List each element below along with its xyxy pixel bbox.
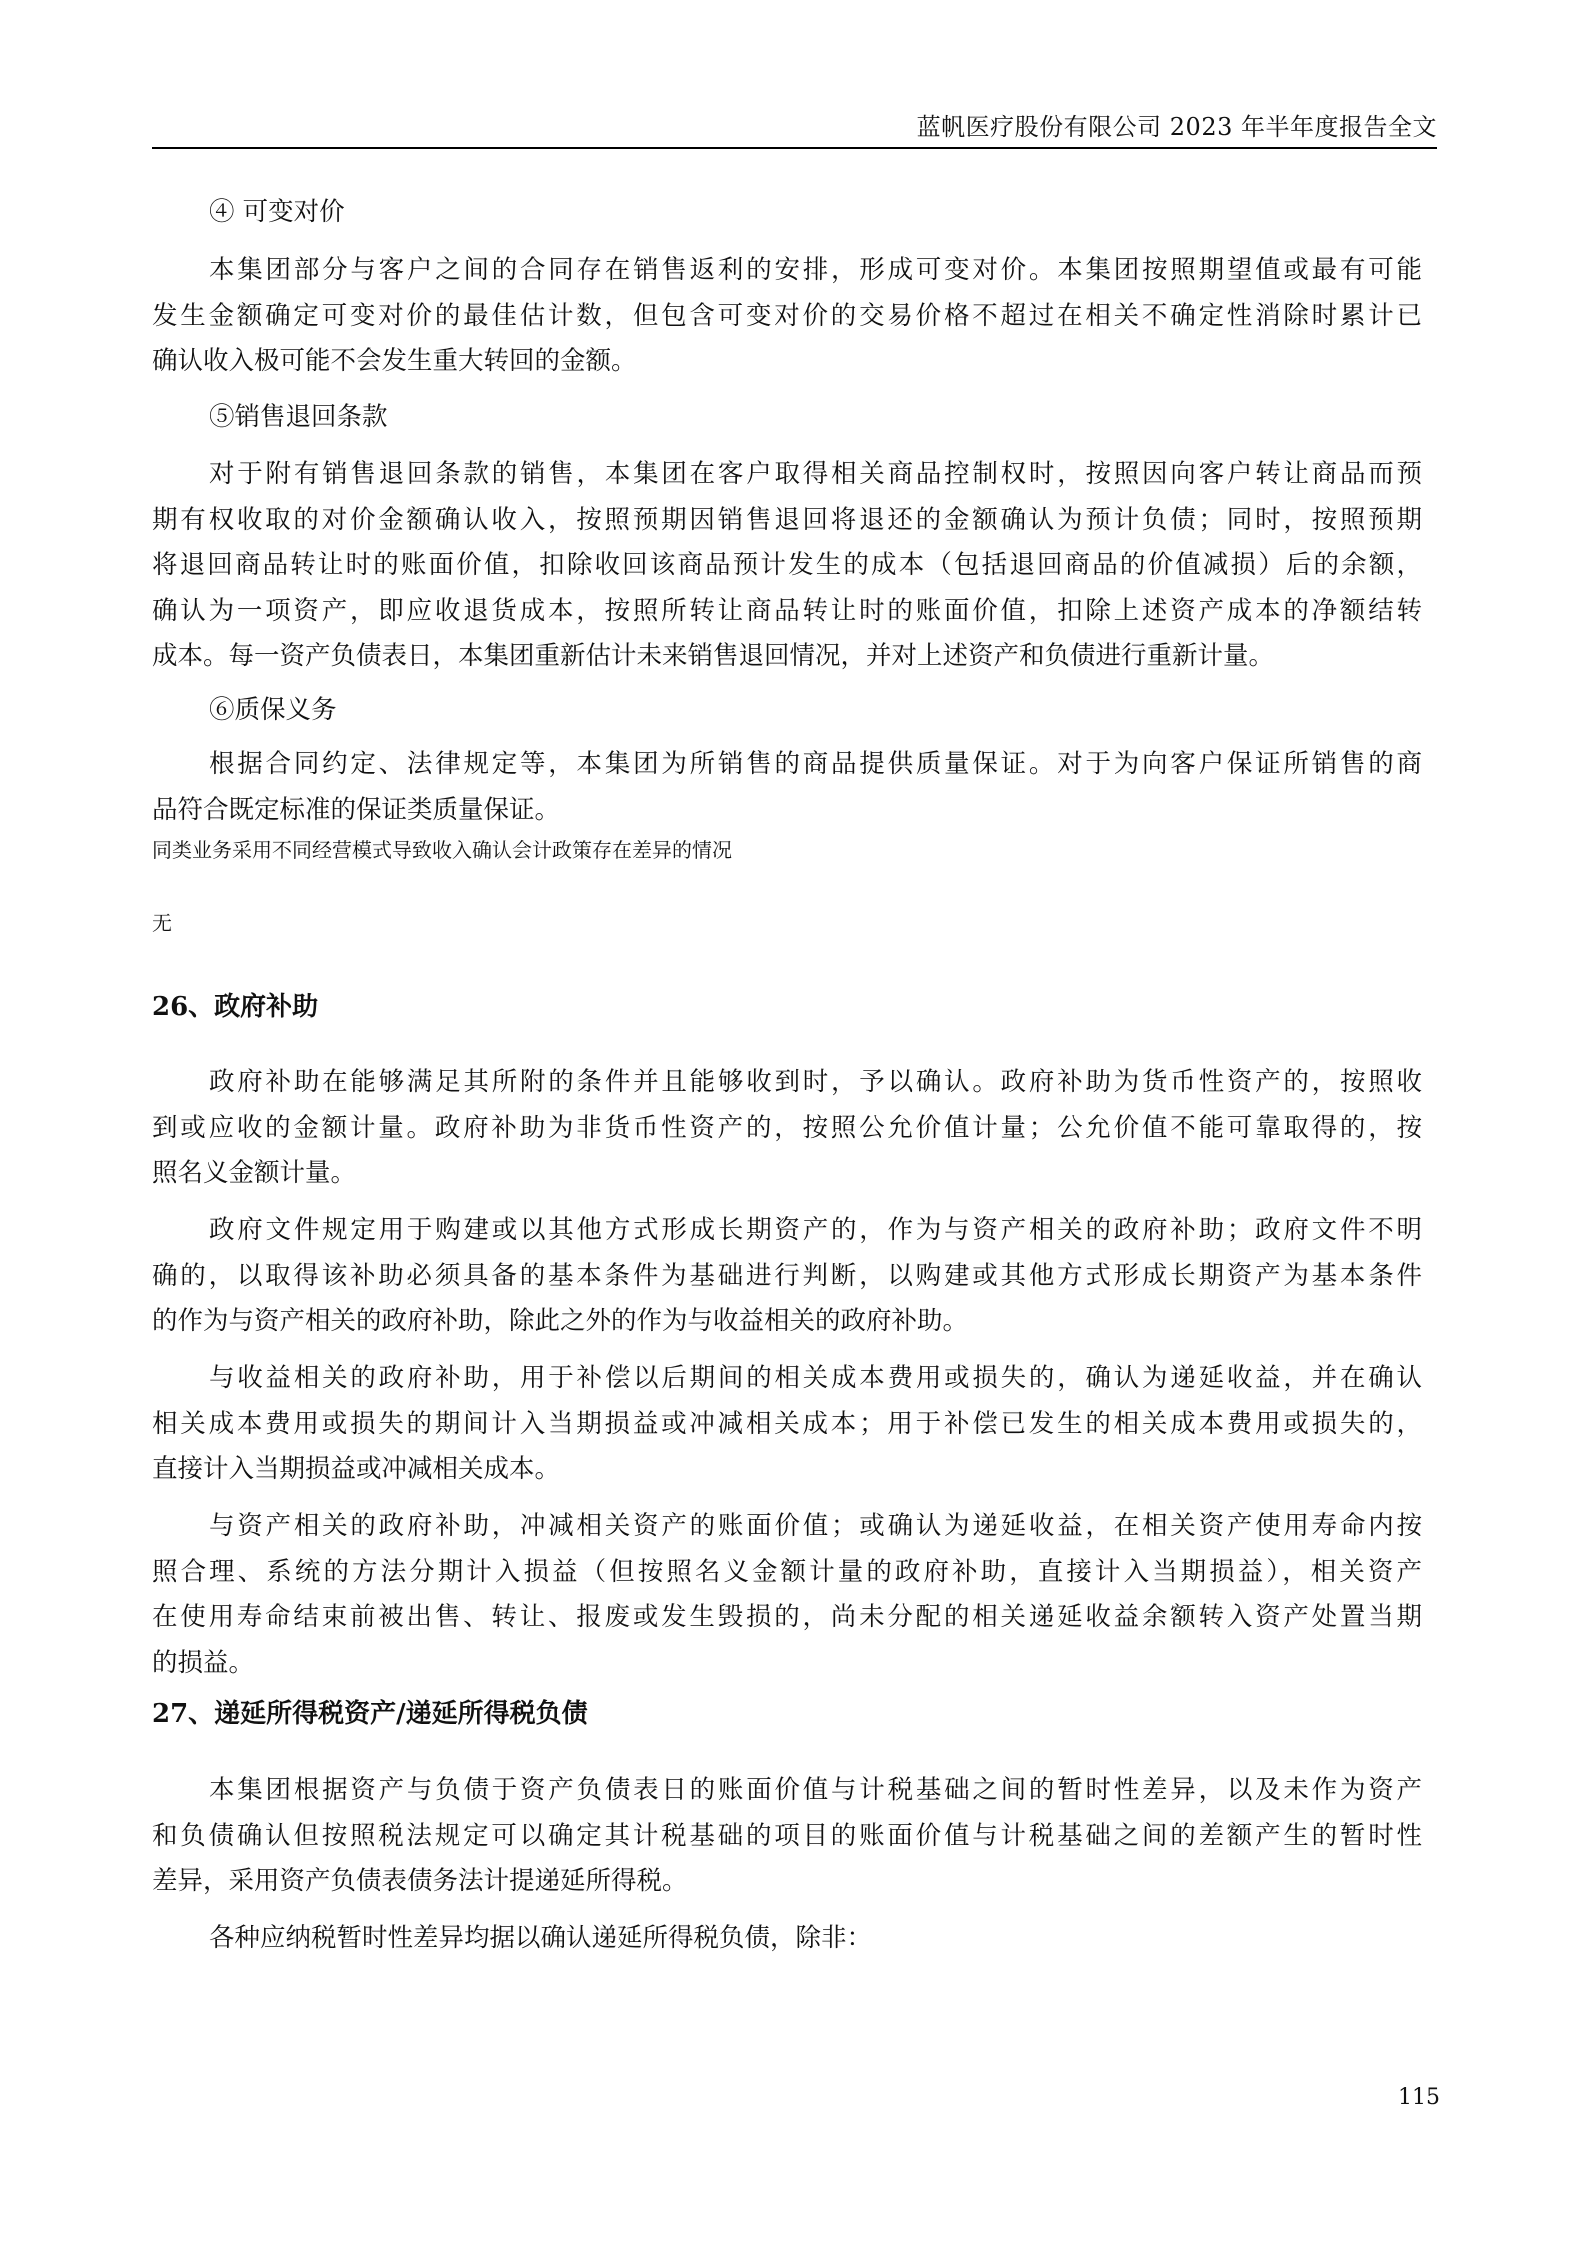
paragraph-line: 差异，采用资产负债表债务法计提递延所得税。	[152, 1859, 1422, 1905]
paragraph-line: 确的，以取得该补助必须具备的基本条件为基础进行判断，以购建或其他方式形成长期资产…	[152, 1254, 1422, 1300]
page-number: 115	[1398, 2083, 1440, 2113]
paragraph-line: 照合理、系统的方法分期计入损益（但按照名义金额计量的政府补助，直接计入当期损益）…	[152, 1550, 1422, 1596]
para-gov-grant-3: 与收益相关的政府补助，用于补偿以后期间的相关成本费用或损失的，确认为递延收益，并…	[152, 1356, 1422, 1493]
para-variable-consideration: 本集团部分与客户之间的合同存在销售返利的安排，形成可变对价。本集团按照期望值或最…	[152, 248, 1422, 385]
paragraph-line: 确认收入极可能不会发生重大转回的金额。	[152, 339, 1422, 385]
subsection-heading: ⑥质保义务	[152, 688, 1422, 734]
paragraph-line: 各种应纳税暂时性差异均据以确认递延所得税负债，除非：	[152, 1916, 1422, 1962]
paragraph-line: 相关成本费用或损失的期间计入当期损益或冲减相关成本；用于补偿已发生的相关成本费用…	[152, 1402, 1422, 1448]
paragraph-line: 政府文件规定用于购建或以其他方式形成长期资产的，作为与资产相关的政府补助；政府文…	[152, 1208, 1422, 1254]
para-gov-grant-1: 政府补助在能够满足其所附的条件并且能够收到时，予以确认。政府补助为货币性资产的，…	[152, 1060, 1422, 1197]
para-gov-grant-2: 政府文件规定用于购建或以其他方式形成长期资产的，作为与资产相关的政府补助；政府文…	[152, 1208, 1422, 1345]
para-deferred-tax-2: 各种应纳税暂时性差异均据以确认递延所得税负债，除非：	[152, 1916, 1422, 1962]
paragraph-line: 政府补助在能够满足其所附的条件并且能够收到时，予以确认。政府补助为货币性资产的，…	[152, 1060, 1422, 1106]
paragraph-line: 照名义金额计量。	[152, 1151, 1422, 1197]
paragraph-line: 直接计入当期损益或冲减相关成本。	[152, 1447, 1422, 1493]
paragraph-line: 的作为与资产相关的政府补助，除此之外的作为与收益相关的政府补助。	[152, 1299, 1422, 1345]
paragraph-line: 发生金额确定可变对价的最佳估计数，但包含可变对价的交易价格不超过在相关不确定性消…	[152, 294, 1422, 340]
para-gov-grant-4: 与资产相关的政府补助，冲减相关资产的账面价值；或确认为递延收益，在相关资产使用寿…	[152, 1504, 1422, 1686]
section-title-27: 27、递延所得税资产/递延所得税负债	[152, 1694, 1422, 1734]
paragraph-line: 将退回商品转让时的账面价值，扣除收回该商品预计发生的成本（包括退回商品的价值减损…	[152, 543, 1422, 589]
para-sales-return: 对于附有销售退回条款的销售，本集团在客户取得相关商品控制权时，按照因向客户转让商…	[152, 452, 1422, 680]
paragraph-line: 和负债确认但按照税法规定可以确定其计税基础的项目的账面价值与计税基础之间的差额产…	[152, 1814, 1422, 1860]
note-text: 无	[152, 908, 1422, 938]
paragraph-line: 根据合同约定、法律规定等，本集团为所销售的商品提供质量保证。对于为向客户保证所销…	[152, 742, 1422, 788]
subsection-heading: ④ 可变对价	[152, 190, 1422, 236]
paragraph-line: 对于附有销售退回条款的销售，本集团在客户取得相关商品控制权时，按照因向客户转让商…	[152, 452, 1422, 498]
paragraph-line: 到或应收的金额计量。政府补助为非货币性资产的，按照公允价值计量；公允价值不能可靠…	[152, 1106, 1422, 1152]
para-deferred-tax-1: 本集团根据资产与负债于资产负债表日的账面价值与计税基础之间的暂时性差异，以及未作…	[152, 1768, 1422, 1905]
paragraph-line: 在使用寿命结束前被出售、转让、报废或发生毁损的，尚未分配的相关递延收益余额转入资…	[152, 1595, 1422, 1641]
note-text: 同类业务采用不同经营模式导致收入确认会计政策存在差异的情况	[152, 835, 1422, 865]
paragraph-line: 本集团部分与客户之间的合同存在销售返利的安排，形成可变对价。本集团按照期望值或最…	[152, 248, 1422, 294]
subsection-heading: ⑤销售退回条款	[152, 395, 1422, 441]
subhead-warranty: ⑥质保义务	[152, 688, 1422, 744]
note-none: 无	[152, 908, 1422, 938]
subhead-sales-return: ⑤销售退回条款	[152, 395, 1422, 451]
report-header-title: 蓝帆医疗股份有限公司 2023 年半年度报告全文	[917, 112, 1437, 142]
note-operating-model-difference: 同类业务采用不同经营模式导致收入确认会计政策存在差异的情况	[152, 835, 1422, 865]
paragraph-line: 与资产相关的政府补助，冲减相关资产的账面价值；或确认为递延收益，在相关资产使用寿…	[152, 1504, 1422, 1550]
para-warranty: 根据合同约定、法律规定等，本集团为所销售的商品提供质量保证。对于为向客户保证所销…	[152, 742, 1422, 833]
section-heading: 27、递延所得税资产/递延所得税负债	[152, 1694, 1422, 1734]
paragraph-line: 成本。每一资产负债表日，本集团重新估计未来销售退回情况，并对上述资产和负债进行重…	[152, 634, 1422, 680]
paragraph-line: 与收益相关的政府补助，用于补偿以后期间的相关成本费用或损失的，确认为递延收益，并…	[152, 1356, 1422, 1402]
section-heading: 26、政府补助	[152, 987, 1422, 1027]
paragraph-line: 确认为一项资产，即应收退货成本，按照所转让商品转让时的账面价值，扣除上述资产成本…	[152, 589, 1422, 635]
paragraph-line: 期有权收取的对价金额确认收入，按照预期因销售退回将退还的金额确认为预计负债；同时…	[152, 498, 1422, 544]
section-title-26: 26、政府补助	[152, 987, 1422, 1027]
header-divider	[152, 147, 1437, 149]
paragraph-line: 品符合既定标准的保证类质量保证。	[152, 788, 1422, 834]
paragraph-line: 本集团根据资产与负债于资产负债表日的账面价值与计税基础之间的暂时性差异，以及未作…	[152, 1768, 1422, 1814]
subhead-variable-consideration: ④ 可变对价	[152, 190, 1422, 246]
paragraph-line: 的损益。	[152, 1641, 1422, 1687]
